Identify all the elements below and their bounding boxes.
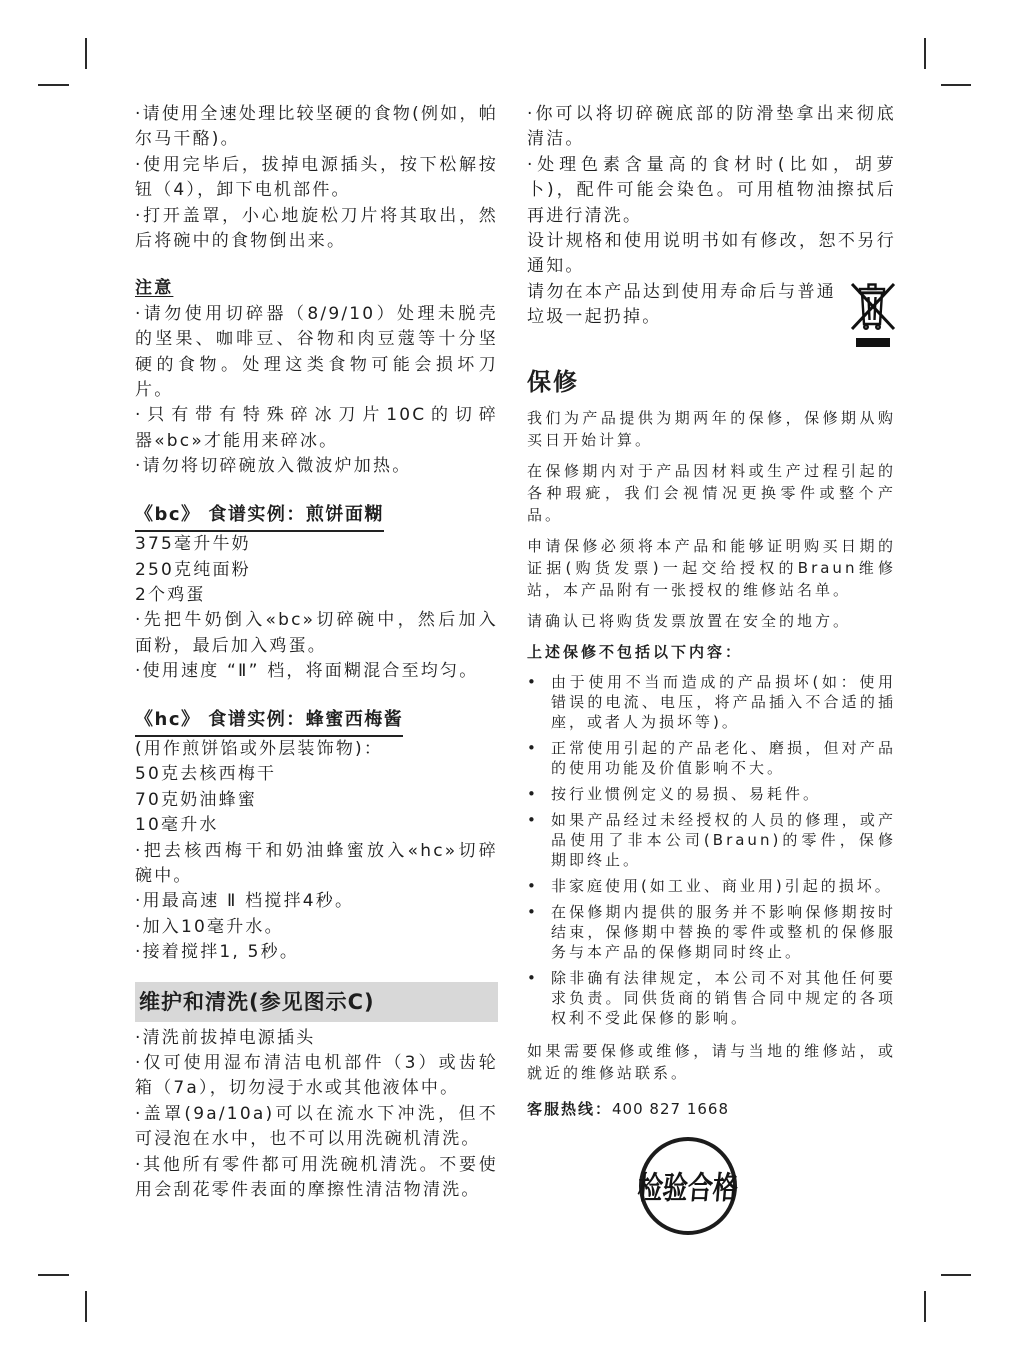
ingredient-line: 10毫升水 — [135, 813, 498, 838]
hotline-row: 客服热线：400 827 1668 — [527, 1098, 896, 1119]
hotline-number: 400 827 1668 — [612, 1100, 729, 1118]
crop-mark-bottom-right-vertical — [924, 1291, 926, 1322]
ingredient-line: 70克奶油蜂蜜 — [135, 788, 498, 813]
note-bullet: ·请勿将切碎碗放入微波炉加热。 — [135, 454, 498, 479]
bullet-marker: • — [527, 672, 551, 732]
recipe-step: ·把去核西梅干和奶油蜂蜜放入«hc»切碎碗中。 — [135, 839, 498, 890]
recipe-step: ·用最高速 Ⅱ 档搅拌4秒。 — [135, 889, 498, 914]
warranty-body: 我们为产品提供为期两年的保修，保修期从购买日开始计算。 在保修期内对于产品因材料… — [527, 407, 896, 1084]
care-bullet: ·盖罩(9a/10a)可以在流水下冲洗，但不可浸泡在水中，也不可以用洗碗机清洗。 — [135, 1102, 498, 1153]
cleaning-notes: ·你可以将切碎碗底部的防滑垫拿出来彻底清洁。 ·处理色素含量高的食材时(比如，胡… — [527, 102, 896, 331]
recipe-step: ·加入10毫升水。 — [135, 915, 498, 940]
ingredient-line: 50克去核西梅干 — [135, 762, 498, 787]
warranty-paragraph: 申请保修必须将本产品和能够证明购买日期的证据(购货发票)一起交给授权的Braun… — [527, 535, 896, 601]
exclusion-text: 如果产品经过未经授权的人员的修理，或产品使用了非本公司(Braun)的零件，保修… — [551, 810, 896, 870]
recipe-step: ·先把牛奶倒入«bc»切碎碗中，然后加入面粉，最后加入鸡蛋。 — [135, 608, 498, 659]
crop-mark-bottom-left-vertical — [85, 1291, 87, 1322]
usage-bullet: ·使用完毕后，拔掉电源插头，按下松解按钮（4），卸下电机部件。 — [135, 153, 498, 204]
exclusion-text: 在保修期内提供的服务并不影响保修期按时结束，保修期中替换的零件或整机的保修服务与… — [551, 902, 896, 962]
exclusion-text: 非家庭使用(如工业、商业用)引起的损坏。 — [551, 876, 896, 896]
disposal-notice-text: 请勿在本产品达到使用寿命后与普通垃圾一起扔掉。 — [527, 282, 836, 327]
crop-mark-top-left-horizontal — [38, 84, 69, 86]
bullet-marker: • — [527, 784, 551, 804]
exclusion-item: • 由于使用不当而造成的产品损坏(如：使用错误的电流、电压，将产品插入不合适的插… — [527, 672, 896, 732]
exclusion-text: 正常使用引起的产品老化、磨损，但对产品的使用功能及价值影响不大。 — [551, 738, 896, 778]
crop-mark-top-left-vertical — [85, 38, 87, 69]
warranty-title: 保修 — [527, 362, 896, 397]
inspection-stamp: 检验合格 — [639, 1137, 737, 1235]
ingredient-line: 375毫升牛奶 — [135, 532, 498, 557]
change-notice: 设计规格和使用说明书如有修改，恕不另行通知。 — [527, 229, 896, 280]
care-bullet: ·仅可使用湿布清洁电机部件（3）或齿轮箱（7a），切勿浸于水或其他液体中。 — [135, 1051, 498, 1102]
ingredient-line: 250克纯面粉 — [135, 558, 498, 583]
usage-bullet: ·请使用全速处理比较坚硬的食物(例如，帕尔马干酪)。 — [135, 102, 498, 153]
cleaning-bullet: ·你可以将切碎碗底部的防滑垫拿出来彻底清洁。 — [527, 102, 896, 153]
bullet-marker: • — [527, 810, 551, 870]
inspection-stamp-text: 检验合格 — [636, 1164, 740, 1209]
crop-mark-top-right-vertical — [924, 38, 926, 69]
care-section-title: 维护和清洗(参见图示C) — [135, 982, 498, 1022]
crop-mark-top-right-horizontal — [941, 84, 971, 86]
service-contact: 如果需要保修或维修，请与当地的维修站，或就近的维修站联系。 — [527, 1040, 896, 1084]
exclusion-item: • 正常使用引起的产品老化、磨损，但对产品的使用功能及价值影响不大。 — [527, 738, 896, 778]
recipe-subtitle: (用作煎饼馅或外层装饰物)： — [135, 737, 498, 762]
note-bullet: ·只有带有特殊碎冰刀片10C的切碎器«bc»才能用来碎冰。 — [135, 403, 498, 454]
weee-crossed-bin-icon — [850, 282, 896, 358]
recipe-hc-title: 《hc》 食谱实例：蜂蜜西梅酱 — [135, 707, 403, 737]
exclusion-item: • 在保修期内提供的服务并不影响保修期按时结束，保修期中替换的零件或整机的保修服… — [527, 902, 896, 962]
exclusion-item: • 如果产品经过未经授权的人员的修理，或产品使用了非本公司(Braun)的零件，… — [527, 810, 896, 870]
crop-mark-bottom-left-horizontal — [38, 1274, 69, 1276]
left-column: ·请使用全速处理比较坚硬的食物(例如，帕尔马干酪)。 ·使用完毕后，拔掉电源插头… — [135, 102, 498, 1203]
manual-page: { "page": { "left_column": { "intro_bull… — [0, 0, 1009, 1361]
recipe-bc-title: 《bc》 食谱实例：煎饼面糊 — [135, 502, 384, 532]
bullet-marker: • — [527, 968, 551, 1028]
usage-bullet: ·打开盖罩，小心地旋松刀片将其取出，然后将碗中的食物倒出来。 — [135, 204, 498, 255]
right-column: ·你可以将切碎碗底部的防滑垫拿出来彻底清洁。 ·处理色素含量高的食材时(比如，胡… — [527, 102, 896, 1235]
exclusion-item: • 非家庭使用(如工业、商业用)引起的损坏。 — [527, 876, 896, 896]
ingredient-line: 2个鸡蛋 — [135, 583, 498, 608]
exclusions-title: 上述保修不包括以下内容： — [527, 641, 896, 663]
exclusion-text: 除非确有法律规定，本公司不对其他任何要求负责。同供货商的销售合同中规定的各项权利… — [551, 968, 896, 1028]
warranty-paragraph: 在保修期内对于产品因材料或生产过程引起的各种瑕疵，我们会视情况更换零件或整个产品… — [527, 460, 896, 526]
exclusion-item: • 按行业惯例定义的易损、易耗件。 — [527, 784, 896, 804]
note-bullet: ·请勿使用切碎器（8/9/10）处理未脱壳的坚果、咖啡豆、谷物和肉豆蔻等十分坚硬… — [135, 302, 498, 404]
care-bullet: ·其他所有零件都可用洗碗机清洗。不要使用会刮花零件表面的摩擦性清洁物清洗。 — [135, 1153, 498, 1204]
bullet-marker: • — [527, 902, 551, 962]
exclusion-item: • 除非确有法律规定，本公司不对其他任何要求负责。同供货商的销售合同中规定的各项… — [527, 968, 896, 1028]
exclusion-text: 由于使用不当而造成的产品损坏(如：使用错误的电流、电压，将产品插入不合适的插座，… — [551, 672, 896, 732]
recipe-step: ·使用速度 “Ⅱ” 档，将面糊混合至均匀。 — [135, 659, 498, 684]
note-section-title: 注意 — [135, 276, 498, 301]
warranty-paragraph: 请确认已将购货发票放置在安全的地方。 — [527, 610, 896, 632]
hotline-label: 客服热线： — [527, 1100, 612, 1118]
crop-mark-bottom-right-horizontal — [941, 1274, 971, 1276]
bullet-marker: • — [527, 738, 551, 778]
warranty-paragraph: 我们为产品提供为期两年的保修，保修期从购买日开始计算。 — [527, 407, 896, 451]
care-bullet: ·清洗前拔掉电源插头 — [135, 1026, 498, 1051]
exclusion-text: 按行业惯例定义的易损、易耗件。 — [551, 784, 896, 804]
bullet-marker: • — [527, 876, 551, 896]
disposal-notice: 请勿在本产品达到使用寿命后与普通垃圾一起扔掉。 — [527, 280, 896, 331]
recipe-step: ·接着搅拌1, 5秒。 — [135, 940, 498, 965]
cleaning-bullet: ·处理色素含量高的食材时(比如，胡萝卜)，配件可能会染色。可用植物油擦拭后再进行… — [527, 153, 896, 229]
